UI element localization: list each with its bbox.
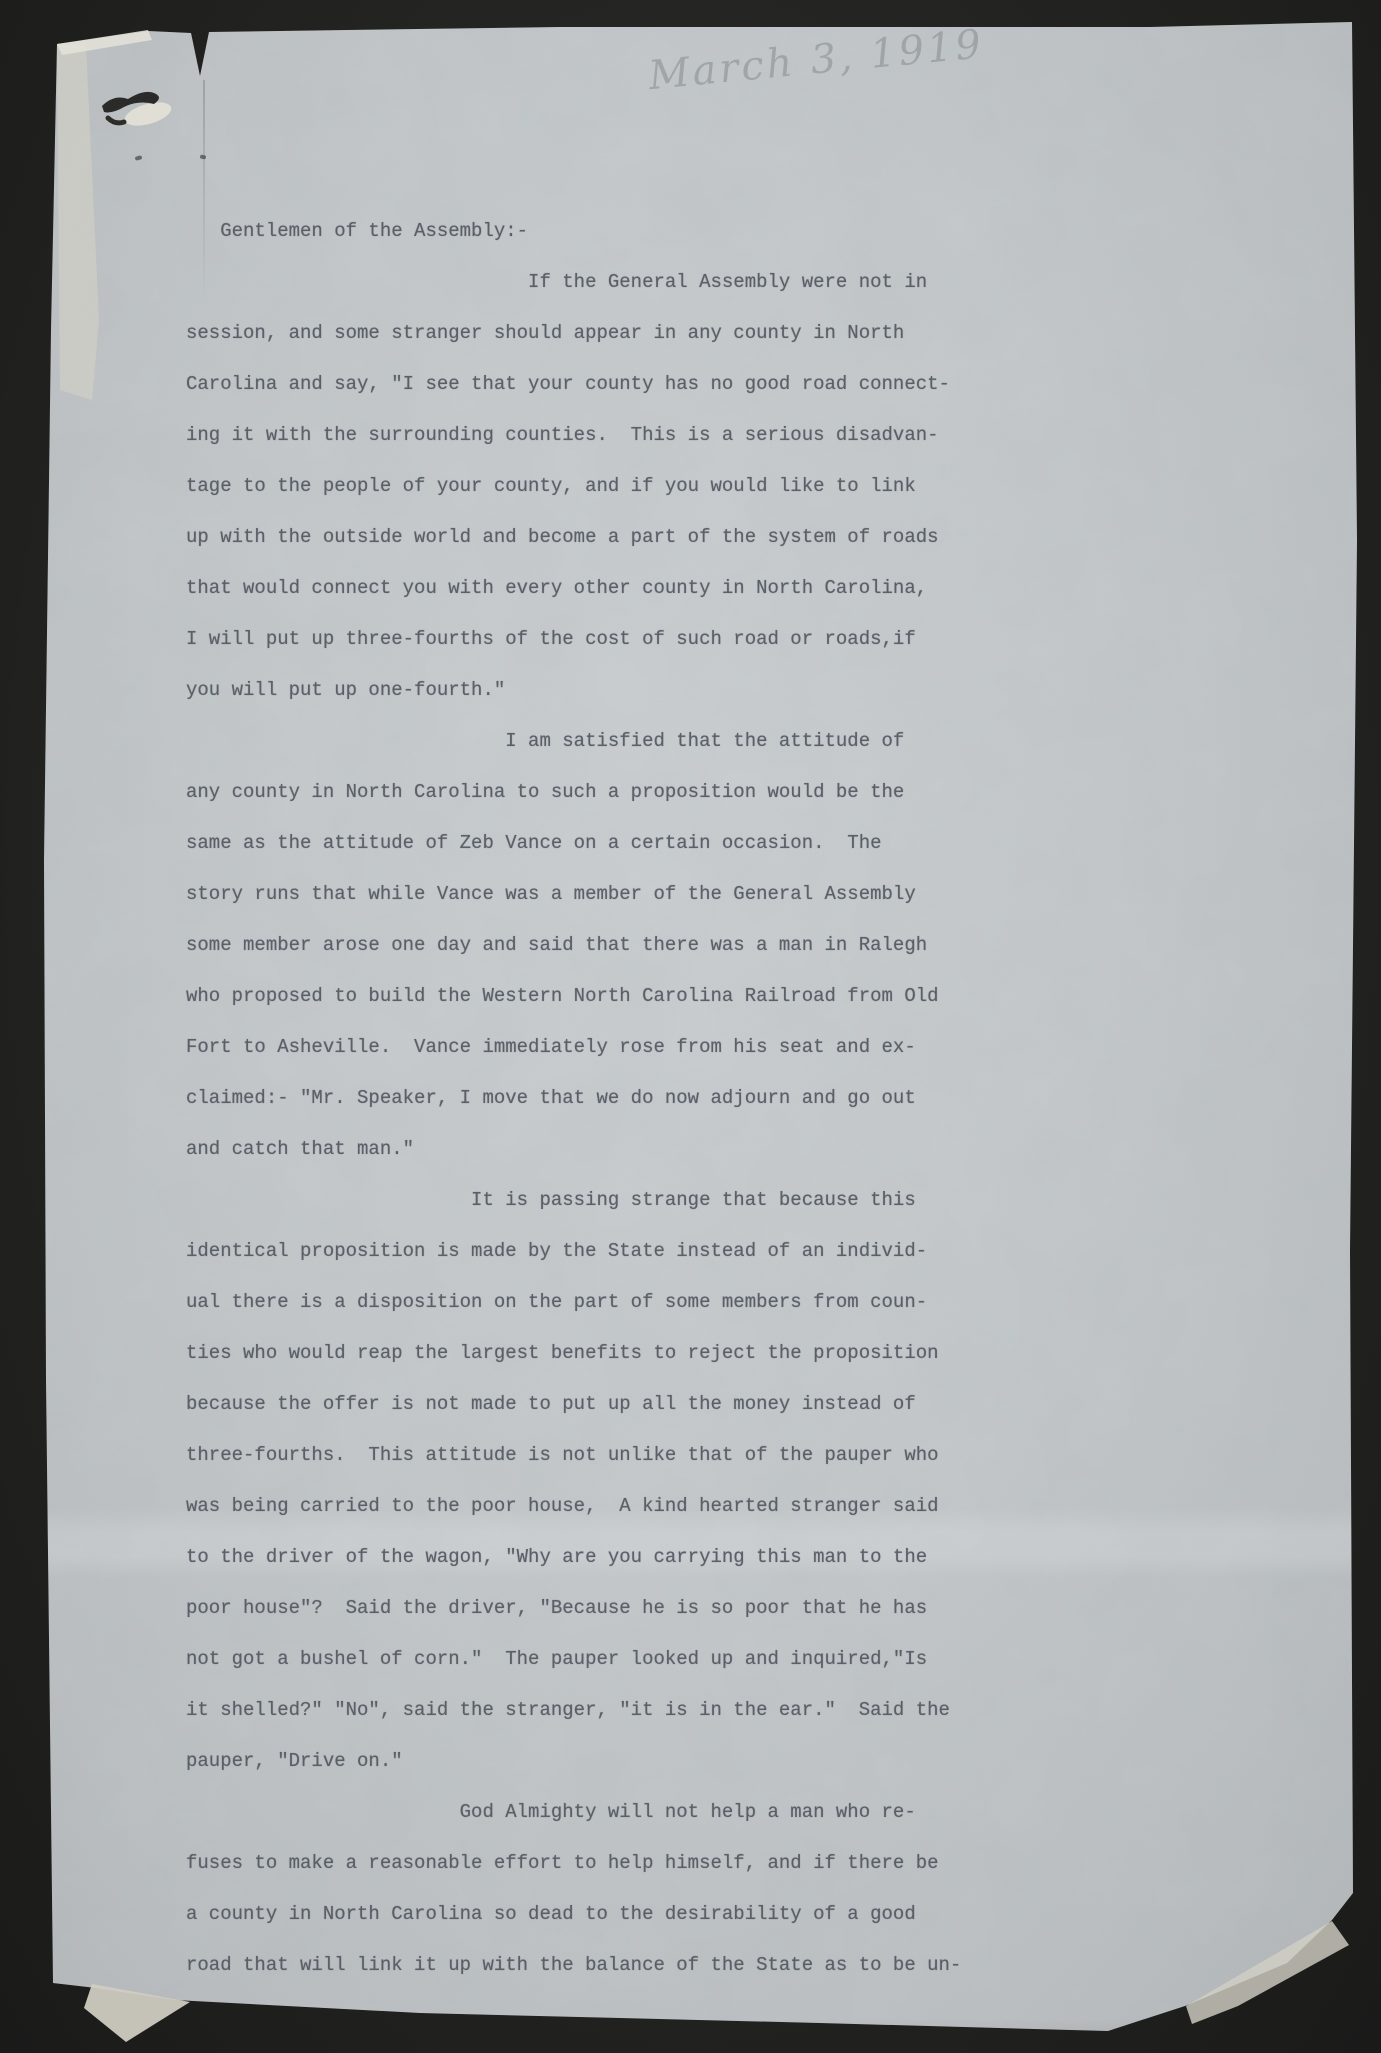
typed-text: Gentlemen of the Assembly:- If the Gener… bbox=[186, 206, 961, 1991]
typed-line: any county in North Carolina to such a p… bbox=[186, 767, 961, 818]
folded-corner-bottom-right bbox=[0, 0, 1381, 2053]
typed-line: and catch that man." bbox=[186, 1124, 961, 1175]
typed-line: to the driver of the wagon, "Why are you… bbox=[186, 1532, 961, 1583]
typed-line: fuses to make a reasonable effort to hel… bbox=[186, 1838, 961, 1889]
typed-line: who proposed to build the Western North … bbox=[186, 971, 961, 1022]
torn-corner-bottom-left bbox=[0, 0, 1381, 2053]
handwritten-date: March 3, 1919 bbox=[647, 23, 970, 99]
typed-line: not got a bushel of corn." The pauper lo… bbox=[186, 1634, 961, 1685]
typed-line: poor house"? Said the driver, "Because h… bbox=[186, 1583, 961, 1634]
typed-line: ing it with the surrounding counties. Th… bbox=[186, 410, 961, 461]
torn-hole bbox=[92, 76, 188, 140]
paper-speck bbox=[135, 155, 143, 161]
typed-line: I will put up three-fourths of the cost … bbox=[186, 614, 961, 665]
typed-line: story runs that while Vance was a member… bbox=[186, 869, 961, 920]
typed-line: it shelled?" "No", said the stranger, "i… bbox=[186, 1685, 961, 1736]
typed-line: I am satisfied that the attitude of bbox=[186, 716, 961, 767]
typed-line: Fort to Asheville. Vance immediately ros… bbox=[186, 1022, 961, 1073]
typed-line: pauper, "Drive on." bbox=[186, 1736, 961, 1787]
paper-creases bbox=[0, 0, 1381, 2053]
typed-line: some member arose one day and said that … bbox=[186, 920, 961, 971]
typed-line: ties who would reap the largest benefits… bbox=[186, 1328, 961, 1379]
typed-line: If the General Assembly were not in bbox=[186, 257, 961, 308]
typed-line: ual there is a disposition on the part o… bbox=[186, 1277, 961, 1328]
typed-line: claimed:- "Mr. Speaker, I move that we d… bbox=[186, 1073, 961, 1124]
typed-line: was being carried to the poor house, A k… bbox=[186, 1481, 961, 1532]
paper-sheet bbox=[0, 0, 1381, 2053]
top-edge-highlight bbox=[0, 0, 1381, 2053]
typed-line: Gentlemen of the Assembly:- bbox=[186, 206, 961, 257]
typed-line: you will put up one-fourth." bbox=[186, 665, 961, 716]
typed-line: road that will link it up with the balan… bbox=[186, 1940, 961, 1991]
typed-line: because the offer is not made to put up … bbox=[186, 1379, 961, 1430]
typed-line: up with the outside world and become a p… bbox=[186, 512, 961, 563]
typed-line: that would connect you with every other … bbox=[186, 563, 961, 614]
typed-line: identical proposition is made by the Sta… bbox=[186, 1226, 961, 1277]
typed-line: God Almighty will not help a man who re- bbox=[186, 1787, 961, 1838]
paper-speck bbox=[200, 155, 207, 160]
fold-strip-left bbox=[0, 0, 1381, 2053]
crease-line bbox=[203, 80, 205, 305]
typed-line: three-fourths. This attitude is not unli… bbox=[186, 1430, 961, 1481]
typed-line: same as the attitude of Zeb Vance on a c… bbox=[186, 818, 961, 869]
scan-background: March 3, 1919 Gentlemen of the Assembly:… bbox=[0, 0, 1381, 2053]
typed-line: Carolina and say, "I see that your count… bbox=[186, 359, 961, 410]
paper-mottling bbox=[0, 0, 1381, 2053]
typed-line: session, and some stranger should appear… bbox=[186, 308, 961, 359]
paper-texture bbox=[0, 0, 1381, 2053]
typed-line: a county in North Carolina so dead to th… bbox=[186, 1889, 961, 1940]
typed-line: tage to the people of your county, and i… bbox=[186, 461, 961, 512]
typed-line: It is passing strange that because this bbox=[186, 1175, 961, 1226]
